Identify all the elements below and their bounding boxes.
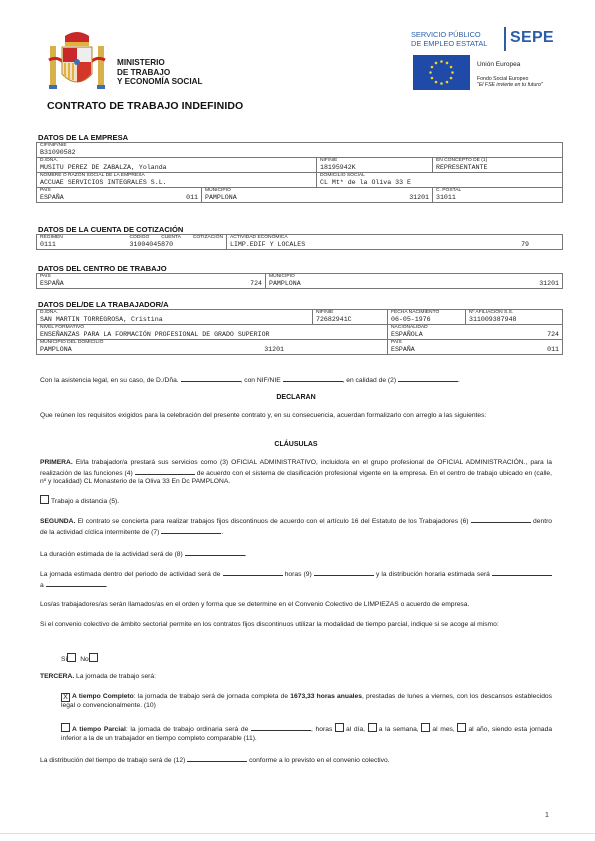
text: al año, siendo	[468, 726, 511, 733]
text: No	[80, 656, 89, 663]
section-title-empresa: DATOS DE LA EMPRESA	[38, 133, 128, 142]
sepe-service-name: SERVICIO PÚBLICO DE EMPLEO ESTATAL	[411, 31, 487, 48]
pais-field: PAÍSESPAÑA011	[37, 188, 202, 203]
asistencia-nif-blank[interactable]	[283, 375, 343, 382]
nivel-formativo-field: NIVEL FORMATIVOENSEÑANZAS PARA LA FORMAC…	[37, 325, 388, 340]
text: y la distribución horaria estimada será	[376, 571, 490, 578]
coat-of-arms-icon	[47, 30, 107, 92]
clausulas-heading: CLÁUSULAS	[40, 441, 552, 448]
codigo-cuenta-field: CÓDIGOCUENTACOTIZACIÓN31004045870	[127, 235, 227, 250]
llamados-paragraph: Los/as trabajadores/as serán llamados/as…	[40, 601, 552, 610]
al-ano-checkbox[interactable]	[457, 723, 466, 732]
segunda-clause: SEGUNDA. El contrato se concierta para r…	[40, 516, 552, 537]
horario-hasta-blank[interactable]	[46, 580, 106, 587]
trabajador-table: D./DÑA.SAN MARTIN TORREGROSA, Cristina N…	[36, 309, 563, 355]
field-value: 31011	[436, 194, 559, 202]
centro-table: PAÍSESPAÑA724 MUNICIPIOPAMPLONA31201	[36, 273, 563, 289]
field-value: 72682941C	[316, 316, 384, 324]
text: a la semana,	[379, 726, 419, 733]
tiempo-completo-option: XA tiempo Completo: la jornada de trabaj…	[61, 693, 552, 711]
si-no-options: Sí No	[61, 653, 261, 665]
field-value: ACCUAE SERVICIOS INTEGRALES S.L.	[40, 179, 313, 187]
text: conforme a lo previsto en el convenio co…	[249, 757, 390, 764]
text: , en calidad de (2)	[343, 377, 397, 384]
distancia-option: Trabajo a distancia (5).	[40, 495, 552, 507]
field-value: PAMPLONA	[40, 346, 72, 354]
clause-heading: SEGUNDA.	[40, 518, 75, 525]
jornada-9-blank[interactable]	[314, 569, 374, 576]
empresa-table: CIF/NIF/NIEB31090582 D./DÑA.MUSITU PEREZ…	[36, 142, 563, 203]
field-value: ENSEÑANZAS PARA LA FORMACIÓN PROFESIONAL…	[40, 331, 384, 339]
text: El contrato se concierta para realizar t…	[78, 518, 469, 525]
field-value: 18195942K	[320, 164, 429, 172]
a-la-semana-checkbox[interactable]	[368, 723, 377, 732]
field-value: PAMPLONA	[205, 194, 237, 202]
field-code: 31201	[409, 194, 429, 202]
eu-label: Unión Europea	[477, 61, 520, 68]
asistencia-calidad-blank[interactable]	[398, 375, 458, 382]
sepe-logo: SEPE	[510, 29, 554, 47]
field-value: LIMP.EDIF Y LOCALES	[230, 241, 305, 249]
text: La jornada de trabajo será:	[76, 673, 156, 680]
text: La duración estimada de la actividad ser…	[40, 551, 183, 558]
field-code: 724	[547, 331, 559, 339]
jornada-estimada-paragraph: La jornada estimada dentro del periodo d…	[40, 569, 552, 590]
field-value: 311009387948	[469, 316, 559, 324]
section-title-trabajador: DATOS DEL/DE LA TRABAJADOR/A	[38, 300, 169, 309]
annual-hours: 1673,33 horas anuales	[290, 693, 362, 700]
trabajador-pais-field: PAÍSESPAÑA011	[388, 340, 563, 355]
reunen-paragraph: Que reúnen los requisitos exigidos para …	[40, 412, 552, 421]
distribucion-blank[interactable]	[187, 755, 247, 762]
al-mes-checkbox[interactable]	[421, 723, 430, 732]
field-value: CL Mt* de la Oliva 33 E	[320, 179, 559, 187]
parcial-horas-blank[interactable]	[251, 724, 311, 731]
regimen-field: RÉGIMEN0111	[37, 235, 127, 250]
ministry-line: DE TRABAJO	[117, 68, 203, 78]
declaran-heading: DECLARAN	[40, 394, 552, 401]
text: , con NIF/NIE	[241, 377, 281, 384]
field-label: COTIZACIÓN	[193, 235, 223, 241]
field-value: ESPAÑA	[391, 346, 415, 354]
funciones-blank[interactable]	[135, 468, 195, 475]
afiliacion-field: Nº AFILIACIÓN S.S.311009387948	[466, 310, 563, 325]
concepto-field: EN CONCEPTO DE (1)REPRESENTANTE	[433, 158, 563, 173]
actividad-field: ACTIVIDAD ECONÓMICALIMP.EDIF Y LOCALES79	[227, 235, 563, 250]
option-heading: A tiempo Completo	[72, 693, 134, 700]
trabajador-nif-field: NIF/NIE72682941C	[313, 310, 388, 325]
text: La jornada estimada dentro del periodo d…	[40, 571, 220, 578]
text: a	[40, 582, 44, 589]
duracion-line: La duración estimada de la actividad ser…	[40, 549, 552, 560]
field-code: 011	[186, 194, 198, 202]
field-code: 011	[547, 346, 559, 354]
field-value: 31004045870	[130, 241, 224, 249]
eu-flag-icon	[413, 55, 470, 90]
text: .	[458, 377, 460, 384]
no-checkbox[interactable]	[89, 653, 98, 662]
trabajador-name-field: D./DÑA.SAN MARTIN TORREGROSA, Cristina	[37, 310, 313, 325]
text: : la jornada de trabajo será de jornada …	[134, 693, 288, 700]
asistencia-paragraph: Con la asistencia legal, en su caso, de …	[40, 375, 552, 386]
centro-pais-field: PAÍSESPAÑA724	[37, 274, 266, 289]
text: Trabajo a distancia (5).	[51, 498, 119, 505]
field-value: B31090582	[40, 149, 559, 157]
field-value: SAN MARTIN TORREGROSA, Cristina	[40, 316, 309, 324]
codigo-postal-field: C. POSTAL31011	[433, 188, 563, 203]
domicilio-social-field: DOMICILIO SOCIALCL Mt* de la Oliva 33 E	[317, 173, 563, 188]
field-value: 0111	[40, 241, 124, 249]
page-number: 1	[545, 812, 549, 819]
ministry-line: Y ECONOMÍA SOCIAL	[117, 77, 203, 87]
text: Con la asistencia legal, en su caso, de …	[40, 377, 179, 384]
fecha-nacimiento-field: FECHA NACIMIENTO06-05-1976	[388, 310, 466, 325]
razon-social-field: NOMBRE O RAZÓN SOCIAL DE LA EMPRESAACCUA…	[37, 173, 317, 188]
section-title-centro: DATOS DEL CENTRO DE TRABAJO	[38, 264, 167, 273]
centro-municipio-field: MUNICIPIOPAMPLONA31201	[266, 274, 563, 289]
distancia-checkbox[interactable]	[40, 495, 49, 504]
field-value: ESPAÑOLA	[391, 331, 423, 339]
nacionalidad-field: NACIONALIDADESPAÑOLA724	[388, 325, 563, 340]
field-value: PAMPLONA	[269, 280, 301, 288]
document-title: CONTRATO DE TRABAJO INDEFINIDO	[47, 100, 243, 112]
sepe-divider	[504, 27, 506, 51]
horario-desde-blank[interactable]	[492, 569, 552, 576]
field-value: ESPAÑA	[40, 194, 64, 202]
clause-heading: TERCERA.	[40, 673, 74, 680]
tercera-clause: TERCERA. La jornada de trabajo será:	[40, 673, 552, 682]
sepe-service-line: DE EMPLEO ESTATAL	[411, 40, 487, 49]
field-code: 724	[250, 280, 262, 288]
duracion-blank[interactable]	[185, 549, 245, 556]
field-code: 79	[521, 241, 529, 249]
tiempo-completo-checkbox[interactable]: X	[61, 693, 70, 702]
field-code: 31201	[539, 280, 559, 288]
representante-name-field: D./DÑA.MUSITU PEREZ DE ZABALZA, Yolanda	[37, 158, 317, 173]
convenio-paragraph: Si el convenio colectivo de ámbito secto…	[40, 621, 552, 630]
cotizacion-table: RÉGIMEN0111 CÓDIGOCUENTACOTIZACIÓN310040…	[36, 234, 563, 250]
tiempo-parcial-checkbox[interactable]	[61, 723, 70, 732]
primera-clause: PRIMERA. El/la trabajador/a prestará sus…	[40, 459, 552, 487]
text: horas (9)	[285, 571, 312, 578]
text: al día,	[346, 726, 365, 733]
si-checkbox[interactable]	[67, 653, 76, 662]
clause-heading: PRIMERA.	[40, 459, 73, 466]
actividad-ciclica-blank[interactable]	[161, 527, 221, 534]
municipio-field: MUNICIPIOPAMPLONA31201	[202, 188, 433, 203]
ministry-line: MINISTERIO	[117, 58, 203, 68]
field-code: 31201	[264, 346, 284, 354]
jornada-horas-blank[interactable]	[223, 569, 283, 576]
al-dia-checkbox[interactable]	[335, 723, 344, 732]
field-value: ESPAÑA	[40, 280, 64, 288]
field-value: REPRESENTANTE	[436, 164, 559, 172]
distribucion-line: La distribución del tiempo de trabajo se…	[40, 755, 552, 766]
page-edge	[0, 833, 595, 834]
text: : la jornada de trabajo ordinaria será d…	[126, 726, 249, 733]
tiempo-parcial-option: A tiempo Parcial: la jornada de trabajo …	[61, 723, 552, 743]
section-title-cotizacion: DATOS DE LA CUENTA DE COTIZACIÓN	[38, 225, 183, 234]
fse-slogan: "El FSE invierte en tu futuro"	[477, 82, 543, 88]
text: La distribución del tiempo de trabajo se…	[40, 757, 185, 764]
estatuto-blank[interactable]	[471, 516, 531, 523]
asistencia-name-blank[interactable]	[181, 375, 241, 382]
field-value: MUSITU PEREZ DE ZABALZA, Yolanda	[40, 164, 313, 172]
text: al mes,	[432, 726, 454, 733]
municipio-domicilio-field: MUNICIPIO DEL DOMICILIOPAMPLONA31201	[37, 340, 388, 355]
text: , horas	[311, 726, 332, 733]
representante-nif-field: NIF/NIE18195942K	[317, 158, 433, 173]
option-heading: A tiempo Parcial	[72, 726, 126, 733]
field-value: 06-05-1976	[391, 316, 462, 324]
ministry-name: MINISTERIO DE TRABAJO Y ECONOMÍA SOCIAL	[117, 58, 203, 87]
cif-field: CIF/NIF/NIEB31090582	[37, 143, 563, 158]
